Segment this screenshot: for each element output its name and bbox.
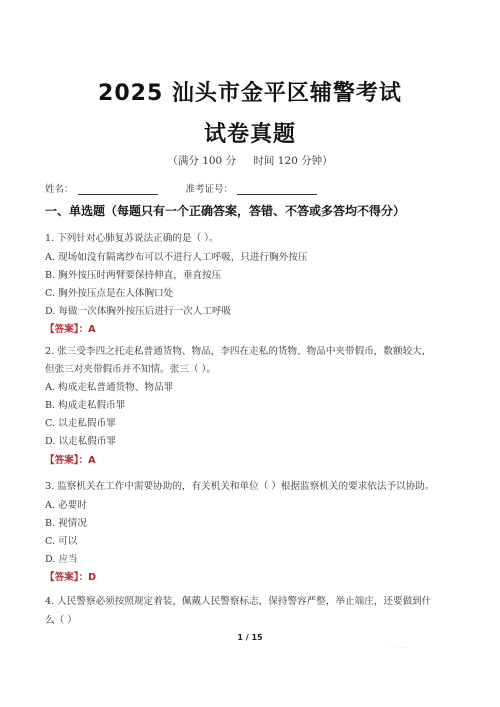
candidate-info: 姓名： 准考证号： (45, 181, 345, 195)
question-option: A. 构成走私普通货物、物品罪 (45, 379, 173, 393)
answer-label: 【答案】：A (45, 321, 96, 335)
name-label: 姓名： (45, 181, 74, 195)
question-option: A. 现场如没有隔离纱布可以不进行人工呼吸，只进行胸外按压 (45, 249, 307, 263)
question-stem: 1. 下列针对心肺复苏说法正确的是（ ）。 (45, 230, 219, 244)
exam-info: （满分 100 分 时间 120 分钟） (0, 153, 500, 168)
section-title: 一、单选题（每题只有一个正确答案，答错、不答或多答均不得分） (45, 202, 405, 219)
question-option: D. 每做一次体胸外按压后进行一次人工呼吸 (45, 303, 231, 317)
time-note: 时间 120 分钟） (253, 155, 332, 167)
exam-page: 2025 汕头市金平区辅警考试 试卷真题 （满分 100 分 时间 120 分钟… (0, 0, 500, 707)
question-stem: 4. 人民警察必须按照规定着装，佩戴人民警察标志，保持警容严整，举止端庄，还要做… (45, 593, 431, 607)
question-stem: 2. 张三受李四之托走私普通货物、物品，李四在走私的货物、物品中夹带假币，数额较… (45, 343, 431, 357)
score-note: （满分 100 分 (167, 155, 236, 167)
question-stem: 么（ ） (45, 612, 77, 626)
exam-title: 2025 汕头市金平区辅警考试 (0, 76, 500, 107)
question-option: C. 胸外按压点是在人体胸口处 (45, 285, 173, 299)
answer-label: 【答案】：A (45, 452, 96, 466)
question-option: B. 视情况 (45, 515, 87, 529)
question-option: D. 应当 (45, 551, 78, 565)
question-option: B. 构成走私假币罪 (45, 397, 125, 411)
question-stem: 3. 监察机关在工作中需要协助的，有关机关和单位（ ）根据监察机关的要求依法予以… (45, 478, 434, 492)
question-option: B. 胸外按压时两臂要保持伸直，垂直按压 (45, 267, 221, 281)
name-blank (78, 184, 158, 195)
question-option: D. 以走私假币罪 (45, 433, 116, 447)
question-option: C. 可以 (45, 533, 77, 547)
exam-id-label: 准考证号： (186, 181, 234, 195)
exam-subtitle: 试卷真题 (0, 117, 500, 148)
question-stem: 但张三对夹带假币并不知情。张三（ ）。 (45, 361, 216, 375)
question-option: A. 必要时 (45, 497, 87, 511)
answer-label: 【答案】：D (45, 569, 96, 583)
page-number: 1 / 15 (0, 633, 500, 642)
exam-id-blank (237, 184, 317, 195)
question-option: C. 以走私假币罪 (45, 415, 116, 429)
watermark: ···· ···· (388, 644, 408, 652)
